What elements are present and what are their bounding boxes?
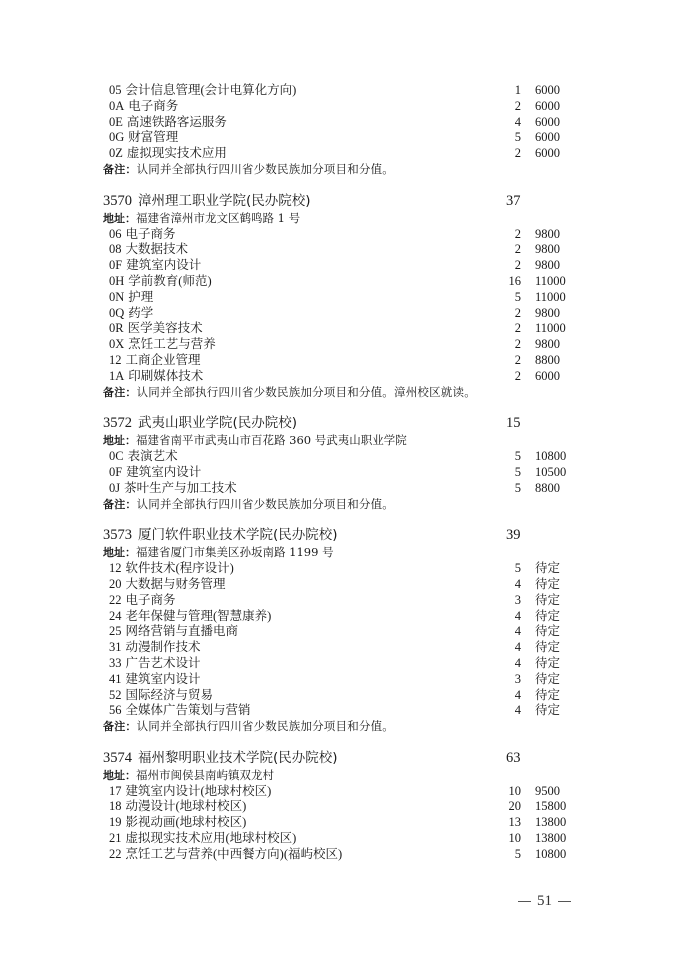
major-row: 0X烹饪工艺与营养29800 bbox=[103, 337, 573, 353]
major-code: 0G bbox=[109, 130, 124, 146]
major-count: 4 bbox=[515, 640, 521, 656]
major-name: 大数据与财务管理 bbox=[126, 577, 226, 591]
major-count: 1 bbox=[515, 83, 521, 99]
major-row: 08大数据技术29800 bbox=[103, 242, 573, 258]
major-row: 12软件技术(程序设计)5待定 bbox=[103, 561, 573, 577]
note-text: 认同并全部执行四川省少数民族加分项目和分值。 bbox=[137, 719, 394, 733]
major-row: 21虚拟现实技术应用(地球村校区)1013800 bbox=[103, 831, 573, 847]
major-name: 高速铁路客运服务 bbox=[127, 115, 227, 129]
school-note: 备注：认同并全部执行四川省少数民族加分项目和分值。漳州校区就读。 bbox=[103, 385, 573, 401]
major-name: 印刷媒体技术 bbox=[128, 369, 203, 383]
school-address: 地址：福州市闽侯县南屿镇双龙村 bbox=[103, 768, 573, 784]
major-code: 19 bbox=[109, 815, 122, 831]
major-name: 电子商务 bbox=[126, 593, 176, 607]
major-name: 动漫设计(地球村校区) bbox=[126, 799, 247, 813]
major-name: 烹饪工艺与营养 bbox=[128, 337, 216, 351]
major-fee: 待定 bbox=[535, 656, 560, 672]
major-name: 财富管理 bbox=[128, 130, 178, 144]
school-header: 3572武夷山职业学院(民办院校) 15 bbox=[103, 414, 573, 433]
school-code: 3570 bbox=[103, 193, 132, 209]
major-count: 3 bbox=[515, 593, 521, 609]
address-text: 福建省南平市武夷山市百花路 360 号武夷山职业学院 bbox=[136, 433, 407, 447]
major-count: 2 bbox=[515, 227, 521, 243]
major-row: 52国际经济与贸易4待定 bbox=[103, 688, 573, 704]
major-code: 0N bbox=[109, 290, 124, 306]
address-text: 福建省厦门市集美区孙坂南路 1199 号 bbox=[136, 545, 334, 559]
major-count: 5 bbox=[515, 847, 521, 863]
major-code: 24 bbox=[109, 609, 122, 625]
major-count: 2 bbox=[515, 353, 521, 369]
major-code: 0C bbox=[109, 449, 124, 465]
school-name: 武夷山职业学院(民办院校) bbox=[138, 415, 297, 431]
major-name: 影视动画(地球村校区) bbox=[126, 815, 247, 829]
major-row: 22烹饪工艺与营养(中西餐方向)(福屿校区)510800 bbox=[103, 847, 573, 863]
page-number-text: 51 bbox=[537, 893, 552, 909]
major-fee: 待定 bbox=[535, 640, 560, 656]
note-text: 认同并全部执行四川省少数民族加分项目和分值。漳州校区就读。 bbox=[137, 385, 476, 399]
major-code: 18 bbox=[109, 799, 122, 815]
school-block-3574: 3574福州黎明职业技术学院(民办院校) 63 地址：福州市闽侯县南屿镇双龙村 … bbox=[103, 749, 573, 863]
major-count: 2 bbox=[515, 242, 521, 258]
major-name: 医学美容技术 bbox=[128, 321, 203, 335]
school-block-3572: 3572武夷山职业学院(民办院校) 15 地址：福建省南平市武夷山市百花路 36… bbox=[103, 414, 573, 512]
major-count: 4 bbox=[515, 656, 521, 672]
major-name: 广告艺术设计 bbox=[126, 656, 201, 670]
major-name: 动漫制作技术 bbox=[126, 640, 201, 654]
major-fee: 6000 bbox=[535, 130, 560, 146]
major-name: 建筑室内设计 bbox=[126, 258, 201, 272]
major-fee: 待定 bbox=[535, 577, 560, 593]
major-name: 建筑室内设计 bbox=[126, 672, 201, 686]
major-count: 13 bbox=[509, 815, 522, 831]
major-code: 0E bbox=[109, 115, 123, 131]
major-code: 17 bbox=[109, 784, 122, 800]
major-row: 17建筑室内设计(地球村校区)109500 bbox=[103, 784, 573, 800]
major-row: 05会计信息管理(会计电算化方向) 1 6000 bbox=[103, 83, 573, 99]
school-note: 备注：认同并全部执行四川省少数民族加分项目和分值。 bbox=[103, 719, 573, 735]
address-label: 地址： bbox=[103, 434, 136, 447]
major-count: 20 bbox=[509, 799, 522, 815]
major-row: 0Z虚拟现实技术应用 2 6000 bbox=[103, 146, 573, 162]
major-code: 0Z bbox=[109, 146, 123, 162]
major-code: 1A bbox=[109, 369, 124, 385]
school-address: 地址：福建省南平市武夷山市百花路 360 号武夷山职业学院 bbox=[103, 433, 573, 449]
school-code: 3574 bbox=[103, 750, 132, 766]
major-row: 0R医学美容技术211000 bbox=[103, 321, 573, 337]
major-fee: 9500 bbox=[535, 784, 560, 800]
major-count: 16 bbox=[509, 274, 522, 290]
school-note: 备注：认同并全部执行四川省少数民族加分项目和分值。 bbox=[103, 162, 573, 178]
major-code: 56 bbox=[109, 703, 122, 719]
page-number: 51 bbox=[512, 893, 577, 910]
note-label: 备注： bbox=[103, 720, 137, 733]
major-row: 0E高速铁路客运服务 4 6000 bbox=[103, 115, 573, 131]
major-row: 31动漫制作技术4待定 bbox=[103, 640, 573, 656]
major-row: 12工商企业管理28800 bbox=[103, 353, 573, 369]
major-count: 5 bbox=[515, 449, 521, 465]
major-count: 3 bbox=[515, 672, 521, 688]
major-count: 5 bbox=[515, 481, 521, 497]
major-count: 2 bbox=[515, 321, 521, 337]
major-name: 建筑室内设计(地球村校区) bbox=[126, 784, 272, 798]
school-block-3573: 3573厦门软件职业技术学院(民办院校) 39 地址：福建省厦门市集美区孙坂南路… bbox=[103, 526, 573, 735]
major-count: 4 bbox=[515, 688, 521, 704]
major-fee: 13800 bbox=[535, 831, 566, 847]
major-count: 5 bbox=[515, 561, 521, 577]
address-label: 地址： bbox=[103, 546, 136, 559]
school-header: 3573厦门软件职业技术学院(民办院校) 39 bbox=[103, 526, 573, 545]
major-name: 全媒体广告策划与营销 bbox=[126, 703, 251, 717]
major-code: 12 bbox=[109, 561, 122, 577]
major-fee: 待定 bbox=[535, 561, 560, 577]
note-label: 备注： bbox=[103, 163, 137, 176]
major-fee: 8800 bbox=[535, 353, 560, 369]
major-code: 0H bbox=[109, 274, 124, 290]
major-row: 1A印刷媒体技术26000 bbox=[103, 369, 573, 385]
school-name: 福州黎明职业技术学院(民办院校) bbox=[138, 750, 338, 766]
major-count: 4 bbox=[515, 577, 521, 593]
major-code: 08 bbox=[109, 242, 122, 258]
major-count: 2 bbox=[515, 258, 521, 274]
major-name: 大数据技术 bbox=[126, 242, 189, 256]
major-name: 虚拟现实技术应用 bbox=[127, 146, 227, 160]
major-count: 10 bbox=[509, 831, 522, 847]
school-block-3570: 3570漳州理工职业学院(民办院校) 37 地址：福建省漳州市龙文区鹤鸣路 1 … bbox=[103, 192, 573, 401]
major-count: 2 bbox=[515, 369, 521, 385]
major-code: 05 bbox=[109, 83, 122, 99]
major-code: 25 bbox=[109, 624, 122, 640]
major-fee: 6000 bbox=[535, 83, 560, 99]
major-row: 0J茶叶生产与加工技术58800 bbox=[103, 481, 573, 497]
address-text: 福建省漳州市龙文区鹤鸣路 1 号 bbox=[136, 211, 300, 225]
major-fee: 待定 bbox=[535, 672, 560, 688]
major-row: 0N护理511000 bbox=[103, 290, 573, 306]
major-name: 老年保健与管理(智慧康养) bbox=[126, 609, 272, 623]
major-code: 0J bbox=[109, 481, 120, 497]
major-count: 5 bbox=[515, 130, 521, 146]
major-name: 国际经济与贸易 bbox=[126, 688, 214, 702]
major-code: 31 bbox=[109, 640, 122, 656]
major-fee: 6000 bbox=[535, 99, 560, 115]
school-total: 39 bbox=[506, 526, 521, 545]
major-count: 2 bbox=[515, 306, 521, 322]
major-name: 软件技术(程序设计) bbox=[126, 561, 234, 575]
major-row: 06电子商务29800 bbox=[103, 227, 573, 243]
major-row: 0H学前教育(师范)1611000 bbox=[103, 274, 573, 290]
major-fee: 13800 bbox=[535, 815, 566, 831]
school-header: 3574福州黎明职业技术学院(民办院校) 63 bbox=[103, 749, 573, 768]
major-code: 0A bbox=[109, 99, 124, 115]
major-code: 0X bbox=[109, 337, 124, 353]
major-row: 41建筑室内设计3待定 bbox=[103, 672, 573, 688]
major-code: 41 bbox=[109, 672, 122, 688]
major-fee: 11000 bbox=[535, 290, 566, 306]
school-name: 厦门软件职业技术学院(民办院校) bbox=[138, 527, 338, 543]
major-fee: 6000 bbox=[535, 369, 560, 385]
address-label: 地址： bbox=[103, 212, 136, 225]
dash-right bbox=[558, 901, 571, 902]
major-fee: 待定 bbox=[535, 624, 560, 640]
major-code: 52 bbox=[109, 688, 122, 704]
major-fee: 待定 bbox=[535, 593, 560, 609]
major-name: 电子商务 bbox=[128, 99, 178, 113]
major-row: 24老年保健与管理(智慧康养)4待定 bbox=[103, 609, 573, 625]
school-name: 漳州理工职业学院(民办院校) bbox=[138, 193, 311, 209]
major-name: 学前教育(师范) bbox=[128, 274, 211, 288]
major-name: 表演艺术 bbox=[128, 449, 178, 463]
school-code: 3572 bbox=[103, 415, 132, 431]
note-label: 备注： bbox=[103, 498, 137, 511]
major-name: 网络营销与直播电商 bbox=[126, 624, 239, 638]
major-name: 会计信息管理(会计电算化方向) bbox=[126, 83, 297, 97]
major-fee: 10800 bbox=[535, 847, 566, 863]
major-name: 茶叶生产与加工技术 bbox=[124, 481, 237, 495]
major-fee: 8800 bbox=[535, 481, 560, 497]
major-fee: 9800 bbox=[535, 242, 560, 258]
major-name: 工商企业管理 bbox=[126, 353, 201, 367]
major-name: 建筑室内设计 bbox=[126, 465, 201, 479]
address-label: 地址： bbox=[103, 769, 136, 782]
major-fee: 11000 bbox=[535, 274, 566, 290]
major-row: 0Q药学29800 bbox=[103, 306, 573, 322]
major-fee: 6000 bbox=[535, 146, 560, 162]
document-page: 05会计信息管理(会计电算化方向) 1 6000 0A电子商务 2 6000 0… bbox=[103, 83, 573, 863]
major-code: 33 bbox=[109, 656, 122, 672]
major-row: 20大数据与财务管理4待定 bbox=[103, 577, 573, 593]
major-fee: 11000 bbox=[535, 321, 566, 337]
note-text: 认同并全部执行四川省少数民族加分项目和分值。 bbox=[137, 162, 394, 176]
major-code: 22 bbox=[109, 847, 122, 863]
dash-left bbox=[518, 901, 531, 902]
major-row: 19影视动画(地球村校区)1313800 bbox=[103, 815, 573, 831]
major-code: 0F bbox=[109, 465, 122, 481]
major-name: 药学 bbox=[128, 306, 153, 320]
major-count: 4 bbox=[515, 703, 521, 719]
major-name: 电子商务 bbox=[126, 227, 176, 241]
major-row: 33广告艺术设计4待定 bbox=[103, 656, 573, 672]
major-fee: 待定 bbox=[535, 703, 560, 719]
major-name: 虚拟现实技术应用(地球村校区) bbox=[126, 831, 297, 845]
major-row: 0A电子商务 2 6000 bbox=[103, 99, 573, 115]
school-note: 备注：认同并全部执行四川省少数民族加分项目和分值。 bbox=[103, 497, 573, 513]
major-count: 5 bbox=[515, 465, 521, 481]
school-address: 地址：福建省漳州市龙文区鹤鸣路 1 号 bbox=[103, 211, 573, 227]
major-count: 2 bbox=[515, 337, 521, 353]
major-count: 5 bbox=[515, 290, 521, 306]
major-row: 56全媒体广告策划与营销4待定 bbox=[103, 703, 573, 719]
major-row: 0F建筑室内设计29800 bbox=[103, 258, 573, 274]
note-label: 备注： bbox=[103, 386, 137, 399]
major-count: 2 bbox=[515, 99, 521, 115]
school-total: 15 bbox=[506, 414, 521, 433]
major-fee: 6000 bbox=[535, 115, 560, 131]
major-fee: 待定 bbox=[535, 688, 560, 704]
school-total: 63 bbox=[506, 749, 521, 768]
major-row: 22电子商务3待定 bbox=[103, 593, 573, 609]
major-fee: 9800 bbox=[535, 306, 560, 322]
major-name: 护理 bbox=[128, 290, 153, 304]
major-code: 22 bbox=[109, 593, 122, 609]
school-code: 3573 bbox=[103, 527, 132, 543]
address-text: 福州市闽侯县南屿镇双龙村 bbox=[136, 768, 274, 782]
major-fee: 待定 bbox=[535, 609, 560, 625]
major-row: 0F建筑室内设计510500 bbox=[103, 465, 573, 481]
major-code: 0R bbox=[109, 321, 124, 337]
major-fee: 9800 bbox=[535, 258, 560, 274]
major-code: 0F bbox=[109, 258, 122, 274]
continued-school-block: 05会计信息管理(会计电算化方向) 1 6000 0A电子商务 2 6000 0… bbox=[103, 83, 573, 178]
major-fee: 10500 bbox=[535, 465, 566, 481]
major-count: 10 bbox=[509, 784, 522, 800]
major-count: 4 bbox=[515, 609, 521, 625]
major-row: 0G财富管理 5 6000 bbox=[103, 130, 573, 146]
school-header: 3570漳州理工职业学院(民办院校) 37 bbox=[103, 192, 573, 211]
major-code: 06 bbox=[109, 227, 122, 243]
major-count: 4 bbox=[515, 115, 521, 131]
school-total: 37 bbox=[506, 192, 521, 211]
major-code: 21 bbox=[109, 831, 122, 847]
major-row: 0C表演艺术510800 bbox=[103, 449, 573, 465]
major-row: 18动漫设计(地球村校区)2015800 bbox=[103, 799, 573, 815]
major-code: 20 bbox=[109, 577, 122, 593]
major-count: 4 bbox=[515, 624, 521, 640]
major-code: 12 bbox=[109, 353, 122, 369]
major-fee: 15800 bbox=[535, 799, 566, 815]
major-fee: 10800 bbox=[535, 449, 566, 465]
note-text: 认同并全部执行四川省少数民族加分项目和分值。 bbox=[137, 497, 394, 511]
major-fee: 9800 bbox=[535, 227, 560, 243]
major-row: 25网络营销与直播电商4待定 bbox=[103, 624, 573, 640]
major-fee: 9800 bbox=[535, 337, 560, 353]
major-name: 烹饪工艺与营养(中西餐方向)(福屿校区) bbox=[126, 847, 343, 861]
school-address: 地址：福建省厦门市集美区孙坂南路 1199 号 bbox=[103, 545, 573, 561]
major-count: 2 bbox=[515, 146, 521, 162]
major-code: 0Q bbox=[109, 306, 124, 322]
